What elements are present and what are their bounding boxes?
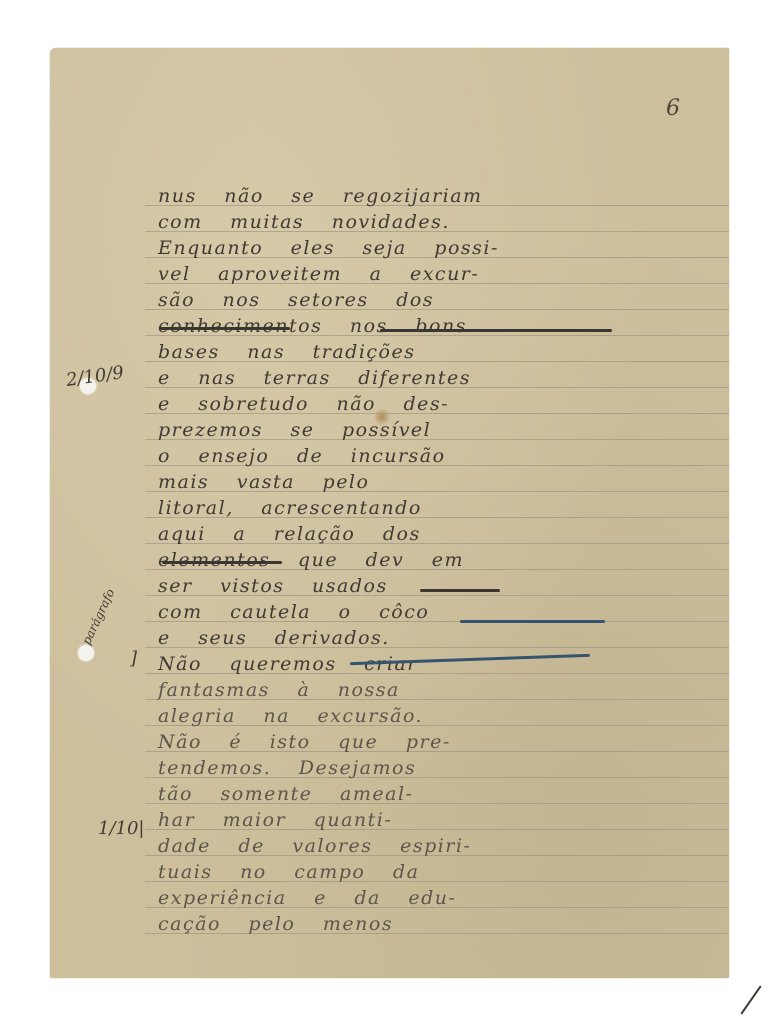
text-line: vel aproveitem a excur- (158, 261, 728, 287)
margin-bracket: ] (130, 648, 137, 669)
pencil-strikethrough (420, 589, 500, 592)
text-line: e seus derivados. (158, 625, 728, 651)
text-line: fantasmas à nossa (158, 677, 728, 703)
text-line: tão somente ameal- (158, 781, 728, 807)
text-line: har maior quanti- (158, 807, 728, 833)
blue-underline (460, 620, 605, 623)
text-line: tuais no campo da (158, 859, 728, 885)
pencil-strikethrough (160, 327, 290, 330)
text-line: mais vasta pelo (158, 469, 728, 495)
text-line: elementos que dev em (158, 547, 728, 573)
checkmark-stroke (740, 986, 761, 1015)
text-line: ser vistos usados (158, 573, 728, 599)
text-line: cação pelo menos (158, 911, 728, 937)
text-line: litoral, acrescentando (158, 495, 728, 521)
text-line: conhecimentos nos bons (158, 313, 728, 339)
stain (375, 408, 389, 426)
text-line: prezemos se possível (158, 417, 728, 443)
pencil-strikethrough (380, 329, 612, 332)
text-line: o ensejo de incursão (158, 443, 728, 469)
text-line: e sobretudo não des- (158, 391, 728, 417)
pencil-strikethrough (162, 561, 282, 564)
text-line: aqui a relação dos (158, 521, 728, 547)
text-line: dade de valores espiri- (158, 833, 728, 859)
text-line: são nos setores dos (158, 287, 728, 313)
text-line: Não queremos criar (158, 651, 728, 677)
text-line: Enquanto eles seja possi- (158, 235, 728, 261)
text-line: alegria na excursão. (158, 703, 728, 729)
text-line: tendemos. Desejamos (158, 755, 728, 781)
text-line: experiência e da edu- (158, 885, 728, 911)
text-line: com muitas novidades. (158, 209, 728, 235)
page-number: 6 (666, 96, 680, 121)
text-line: com cautela o côco (158, 599, 728, 625)
text-line: e nas terras diferentes (158, 365, 728, 391)
margin-date-note: 2/10/9 (65, 362, 125, 391)
text-line: nus não se regozijariam (158, 183, 728, 209)
punch-hole (78, 645, 94, 661)
text-line: bases nas tradições (158, 339, 728, 365)
margin-paragraph-note: parágrafo (79, 587, 117, 647)
text-line: Não é isto que pre- (158, 729, 728, 755)
manuscript-page: 6 nus não se regozijariam com muitas nov… (50, 48, 729, 978)
margin-date-note: 1/10| (98, 818, 145, 839)
